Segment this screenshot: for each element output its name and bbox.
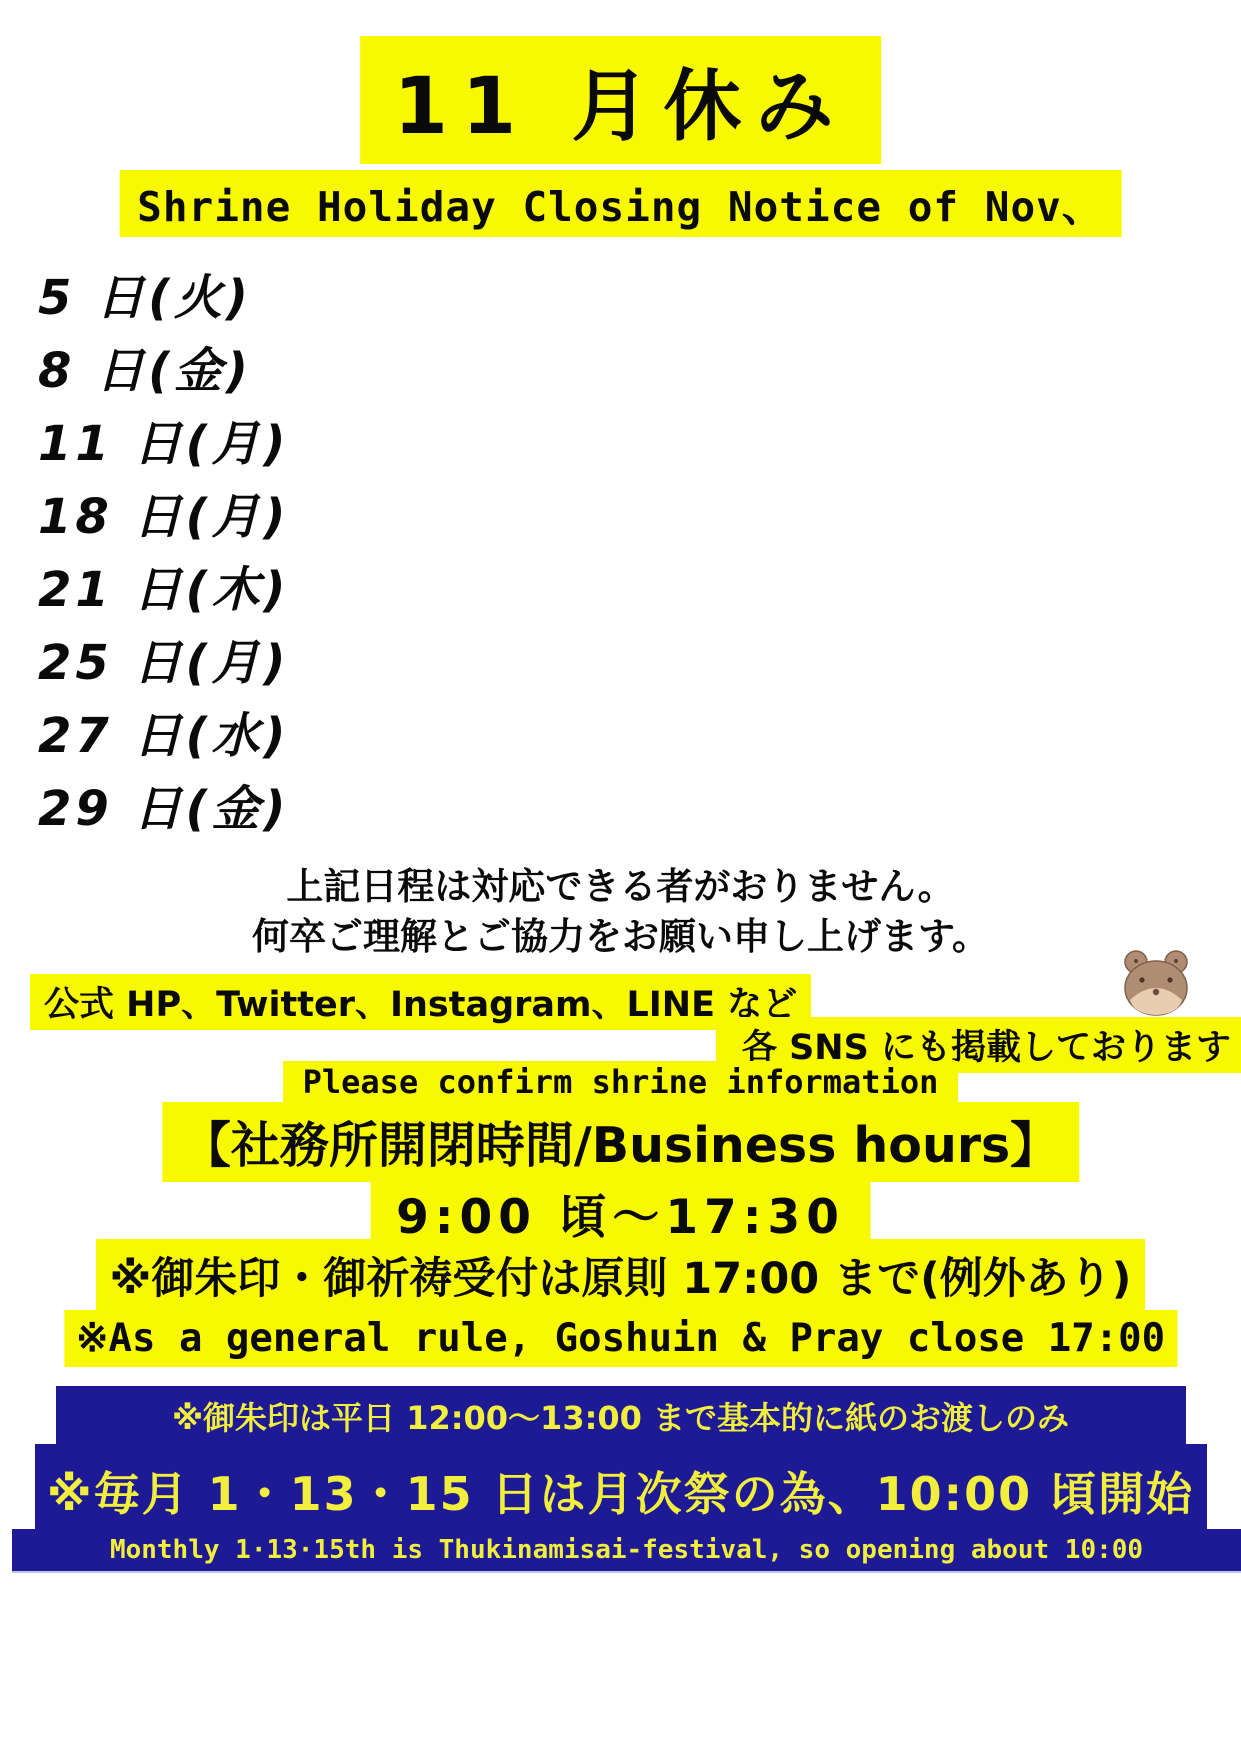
notice-subtitle: Shrine Holiday Closing Notice of Nov、 xyxy=(119,170,1122,237)
closed-date-item: 8 日(金) xyxy=(38,335,289,408)
bear-kigurumi-icon xyxy=(1118,948,1194,1018)
goshuin-paper-only-note: ※御朱印は平日 12:00〜13:00 まで基本的に紙のお渡しのみ xyxy=(56,1386,1186,1446)
business-hours-heading: 【社務所開閉時間/Business hours】 xyxy=(162,1102,1079,1182)
apology-line-2: 何卒ご理解とご協力をお願い申し上げます。 xyxy=(0,912,1241,962)
apology-line-1: 上記日程は対応できる者がおりません。 xyxy=(0,862,1241,912)
closed-dates-list: 5 日(火) 8 日(金) 11 日(月) 18 日(月) 21 日(木) 25… xyxy=(38,262,289,846)
closed-date-item: 11 日(月) xyxy=(38,408,289,481)
closed-date-item: 27 日(水) xyxy=(38,700,289,773)
closed-date-item: 21 日(木) xyxy=(38,554,289,627)
shrine-holiday-notice-poster: 11 月休み Shrine Holiday Closing Notice of … xyxy=(0,0,1241,1755)
closed-date-item: 18 日(月) xyxy=(38,481,289,554)
monthly-festival-note-en: Monthly 1·13·15th is Thukinamisai-festiv… xyxy=(12,1529,1241,1573)
monthly-festival-note-jp: ※毎月 1・13・15 日は月次祭の為、10:00 頃開始 xyxy=(35,1444,1207,1538)
goshuin-deadline-note-en: ※As a general rule, Goshuin & Pray close… xyxy=(64,1310,1177,1367)
closed-date-item: 5 日(火) xyxy=(38,262,289,335)
apology-text: 上記日程は対応できる者がおりません。 何卒ご理解とご協力をお願い申し上げます。 xyxy=(0,862,1241,962)
notice-title: 11 月休み xyxy=(360,36,882,164)
sns-english-line: Please confirm shrine information xyxy=(283,1061,959,1103)
sns-official-accounts-line: 公式 HP、Twitter、Instagram、LINE など xyxy=(30,974,811,1030)
closed-date-item: 25 日(月) xyxy=(38,627,289,700)
goshuin-deadline-note-jp: ※御朱印・御祈祷受付は原則 17:00 まで(例外あり) xyxy=(96,1239,1146,1312)
closed-date-item: 29 日(金) xyxy=(38,773,289,846)
